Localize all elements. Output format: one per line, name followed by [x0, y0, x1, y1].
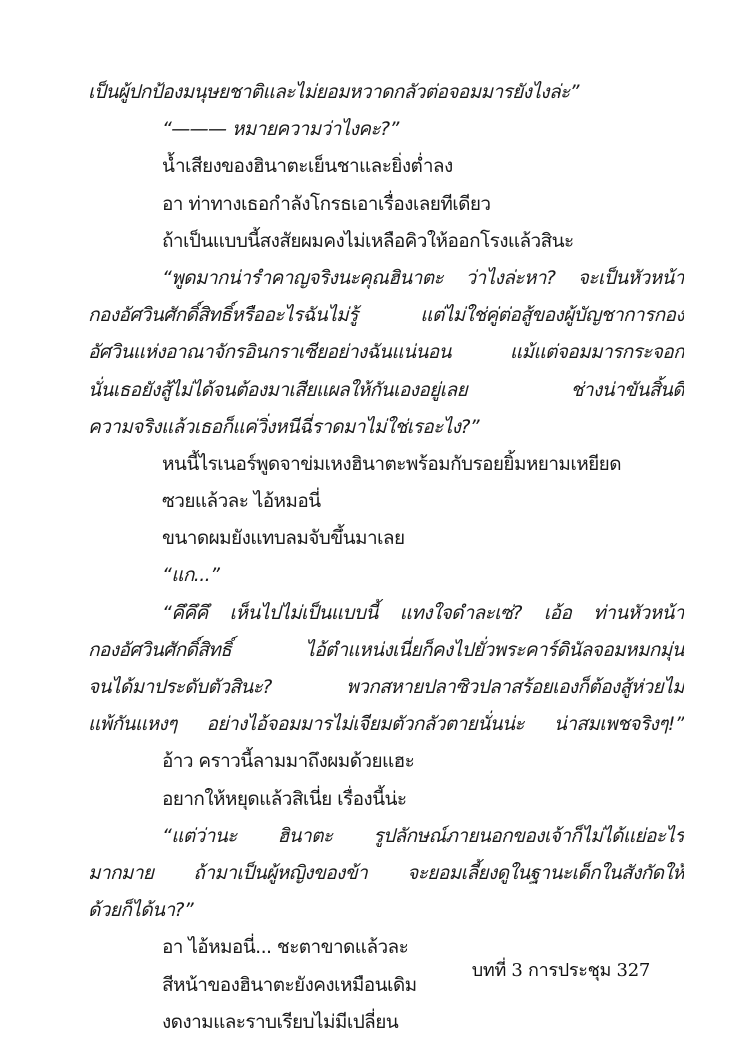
text-line: ขนาดผมยังแทบลมจับขึ้นมาเลย [88, 520, 684, 557]
text-line: “แต่ว่านะ ฮินาตะ รูปลักษณ์ภายนอกของเจ้าก… [88, 818, 684, 855]
text-line: ความจริงแล้วเธอก็แค่วิ่งหนีฉี่ราดมาไม่ใช… [88, 409, 684, 446]
text-line: กองอัศวินศักดิ์สิทธิ์ ไอ้ตำแหน่งเนี่ยก็ค… [88, 632, 684, 669]
text-line: ด้วยก็ได้นา?” [88, 892, 684, 929]
text-line: อา ท่าทางเธอกำลังโกรธเอาเรื่องเลยทีเดียว [88, 186, 684, 223]
page-footer-chapter-and-number: บทที่ 3 การประชุม 327 [472, 955, 650, 984]
text-line: มากมาย ถ้ามาเป็นผู้หญิงของข้า จะยอมเลี้ย… [88, 855, 684, 892]
text-line: กองอัศวินศักดิ์สิทธิ์หรืออะไรฉันไม่รู้ แ… [88, 297, 684, 334]
text-line: อัศวินแห่งอาณาจักรอินกราเซียอย่างฉันแน่น… [88, 334, 684, 371]
text-line: ซวยแล้วละ ไอ้หมอนี่ [88, 483, 684, 520]
text-line: เป็นผู้ปกป้องมนุษยชาติและไม่ยอมหวาดกลัวต… [88, 74, 684, 111]
text-line: แพ้กันแหงๆ อย่างไอ้จอมมารไม่เจียมตัวกลัว… [88, 706, 684, 743]
text-line: หนนี้ไรเนอร์พูดจาข่มเหงฮินาตะพร้อมกับรอย… [88, 446, 684, 483]
text-line: “คึคึคึ เห็นไปไม่เป็นแบบนี้ แทงใจดำละเซ่… [88, 595, 684, 632]
text-line: น้ำเสียงของฮินาตะเย็นชาและยิ่งต่ำลง [88, 148, 684, 185]
text-line: อ้าว คราวนี้ลามมาถึงผมด้วยแฮะ [88, 743, 684, 780]
text-line: งดงามและราบเรียบไม่มีเปลี่ยน [88, 1004, 684, 1041]
text-line: “แก...” [88, 557, 684, 594]
text-line: อยากให้หยุดแล้วสิเนี่ย เรื่องนี้น่ะ [88, 781, 684, 818]
page-body: เป็นผู้ปกป้องมนุษยชาติและไม่ยอมหวาดกลัวต… [88, 74, 684, 1041]
text-line: “——— หมายความว่าไงคะ?” [88, 111, 684, 148]
text-line: “พูดมากน่ารำคาญจริงนะคุณฮินาตะ ว่าไงล่ะห… [88, 260, 684, 297]
text-line: ถ้าเป็นแบบนี้สงสัยผมคงไม่เหลือคิวให้ออกโ… [88, 223, 684, 260]
text-line: จนได้มาประดับตัวสินะ? พวกสหายปลาซิวปลาสร… [88, 669, 684, 706]
text-line: นั่นเธอยังสู้ไม่ได้จนต้องมาเสียแผลให้กัน… [88, 372, 684, 409]
